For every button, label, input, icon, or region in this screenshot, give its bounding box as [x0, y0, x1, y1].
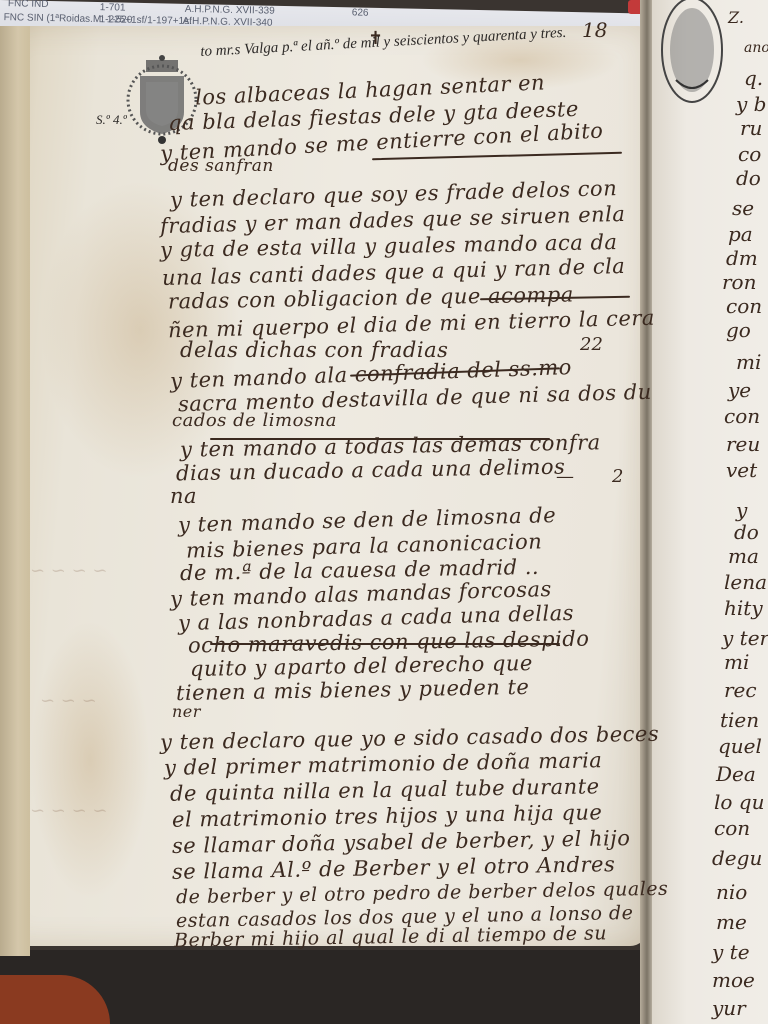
right-page-fragment: dm	[726, 246, 758, 270]
archive-label: 626	[352, 7, 369, 18]
bleed-through-text: ~ ~ ~	[40, 690, 97, 711]
right-page-fragment: con	[724, 404, 760, 428]
right-page-fragment: y te	[712, 940, 750, 964]
manuscript-line: delas dichas con fradias	[180, 338, 448, 362]
right-page-fragment: y ter	[722, 626, 768, 650]
right-page-fragment: ron	[722, 270, 756, 294]
right-page-fragment: lena	[724, 570, 767, 594]
right-page-fragment: tien	[720, 708, 759, 732]
manuscript-line: des sanfran	[168, 156, 274, 176]
right-page-fragment: Dea	[716, 762, 756, 786]
margin-amount: 2	[612, 466, 623, 487]
right-page-fragment: yur	[712, 996, 746, 1020]
bleed-through-text: ~ ~ ~ ~	[30, 800, 108, 821]
page-edge-stack	[0, 26, 30, 956]
right-page-fragment: se	[732, 196, 754, 220]
right-page-fragment: do	[736, 166, 761, 190]
right-page-fragment: hity	[724, 596, 763, 620]
archive-label: FNC IND	[8, 0, 49, 10]
right-page-fragment: ye	[728, 378, 751, 402]
folio-mark: 18	[582, 18, 607, 42]
archive-label: A.H.P.N.G. XVII-339	[185, 4, 275, 17]
margin-amount: 22	[580, 334, 603, 355]
manuscript-line: na	[170, 484, 197, 508]
right-page-fragment: vet	[726, 458, 757, 482]
seal-label: S.º 4.º	[96, 112, 127, 128]
right-page-fragment: rec	[724, 678, 757, 702]
right-page-fragment: co	[738, 142, 761, 166]
right-page-fragment: y b	[736, 92, 766, 116]
right-page-fragment: mi	[736, 350, 761, 374]
right-page-fragment: con	[714, 816, 750, 840]
right-page-fragment: y	[736, 498, 747, 522]
right-page-fragment: lo qu	[714, 790, 764, 814]
right-page-fragment: ma	[728, 544, 759, 568]
archive-label: 1-701	[100, 2, 126, 14]
right-page-fragment: pa	[728, 222, 753, 246]
right-page-fragment: Z.	[728, 8, 744, 27]
seal-stamp-icon	[654, 0, 734, 112]
manuscript-line: ner	[172, 702, 201, 721]
right-page-fragment: nio	[716, 880, 747, 904]
right-page-fragment: do	[734, 520, 759, 544]
right-page-fragment: moe	[712, 968, 755, 992]
right-page-fragment: mi	[724, 650, 749, 674]
printed-prefix: to mr.s	[200, 42, 241, 60]
right-page-fragment: con	[726, 294, 762, 318]
right-page-fragment: go	[726, 318, 751, 342]
ruled-line	[210, 643, 560, 645]
right-page-fragment: quel	[718, 734, 762, 758]
bleed-through-text: ~ ~ ~ ~	[30, 560, 108, 581]
right-page-fragment: reu	[726, 432, 760, 456]
ruled-line	[210, 438, 550, 440]
manuscript-line: cados de limosna	[172, 410, 337, 431]
margin-dash: —	[556, 466, 574, 487]
right-page-fragment: me	[716, 910, 747, 934]
right-page-fragment: ano	[744, 40, 768, 56]
right-page-fragment: degu	[712, 846, 762, 870]
right-page-fragment: ru	[740, 116, 762, 140]
right-page-fragment: q.	[744, 66, 763, 90]
water-stain	[30, 620, 150, 900]
